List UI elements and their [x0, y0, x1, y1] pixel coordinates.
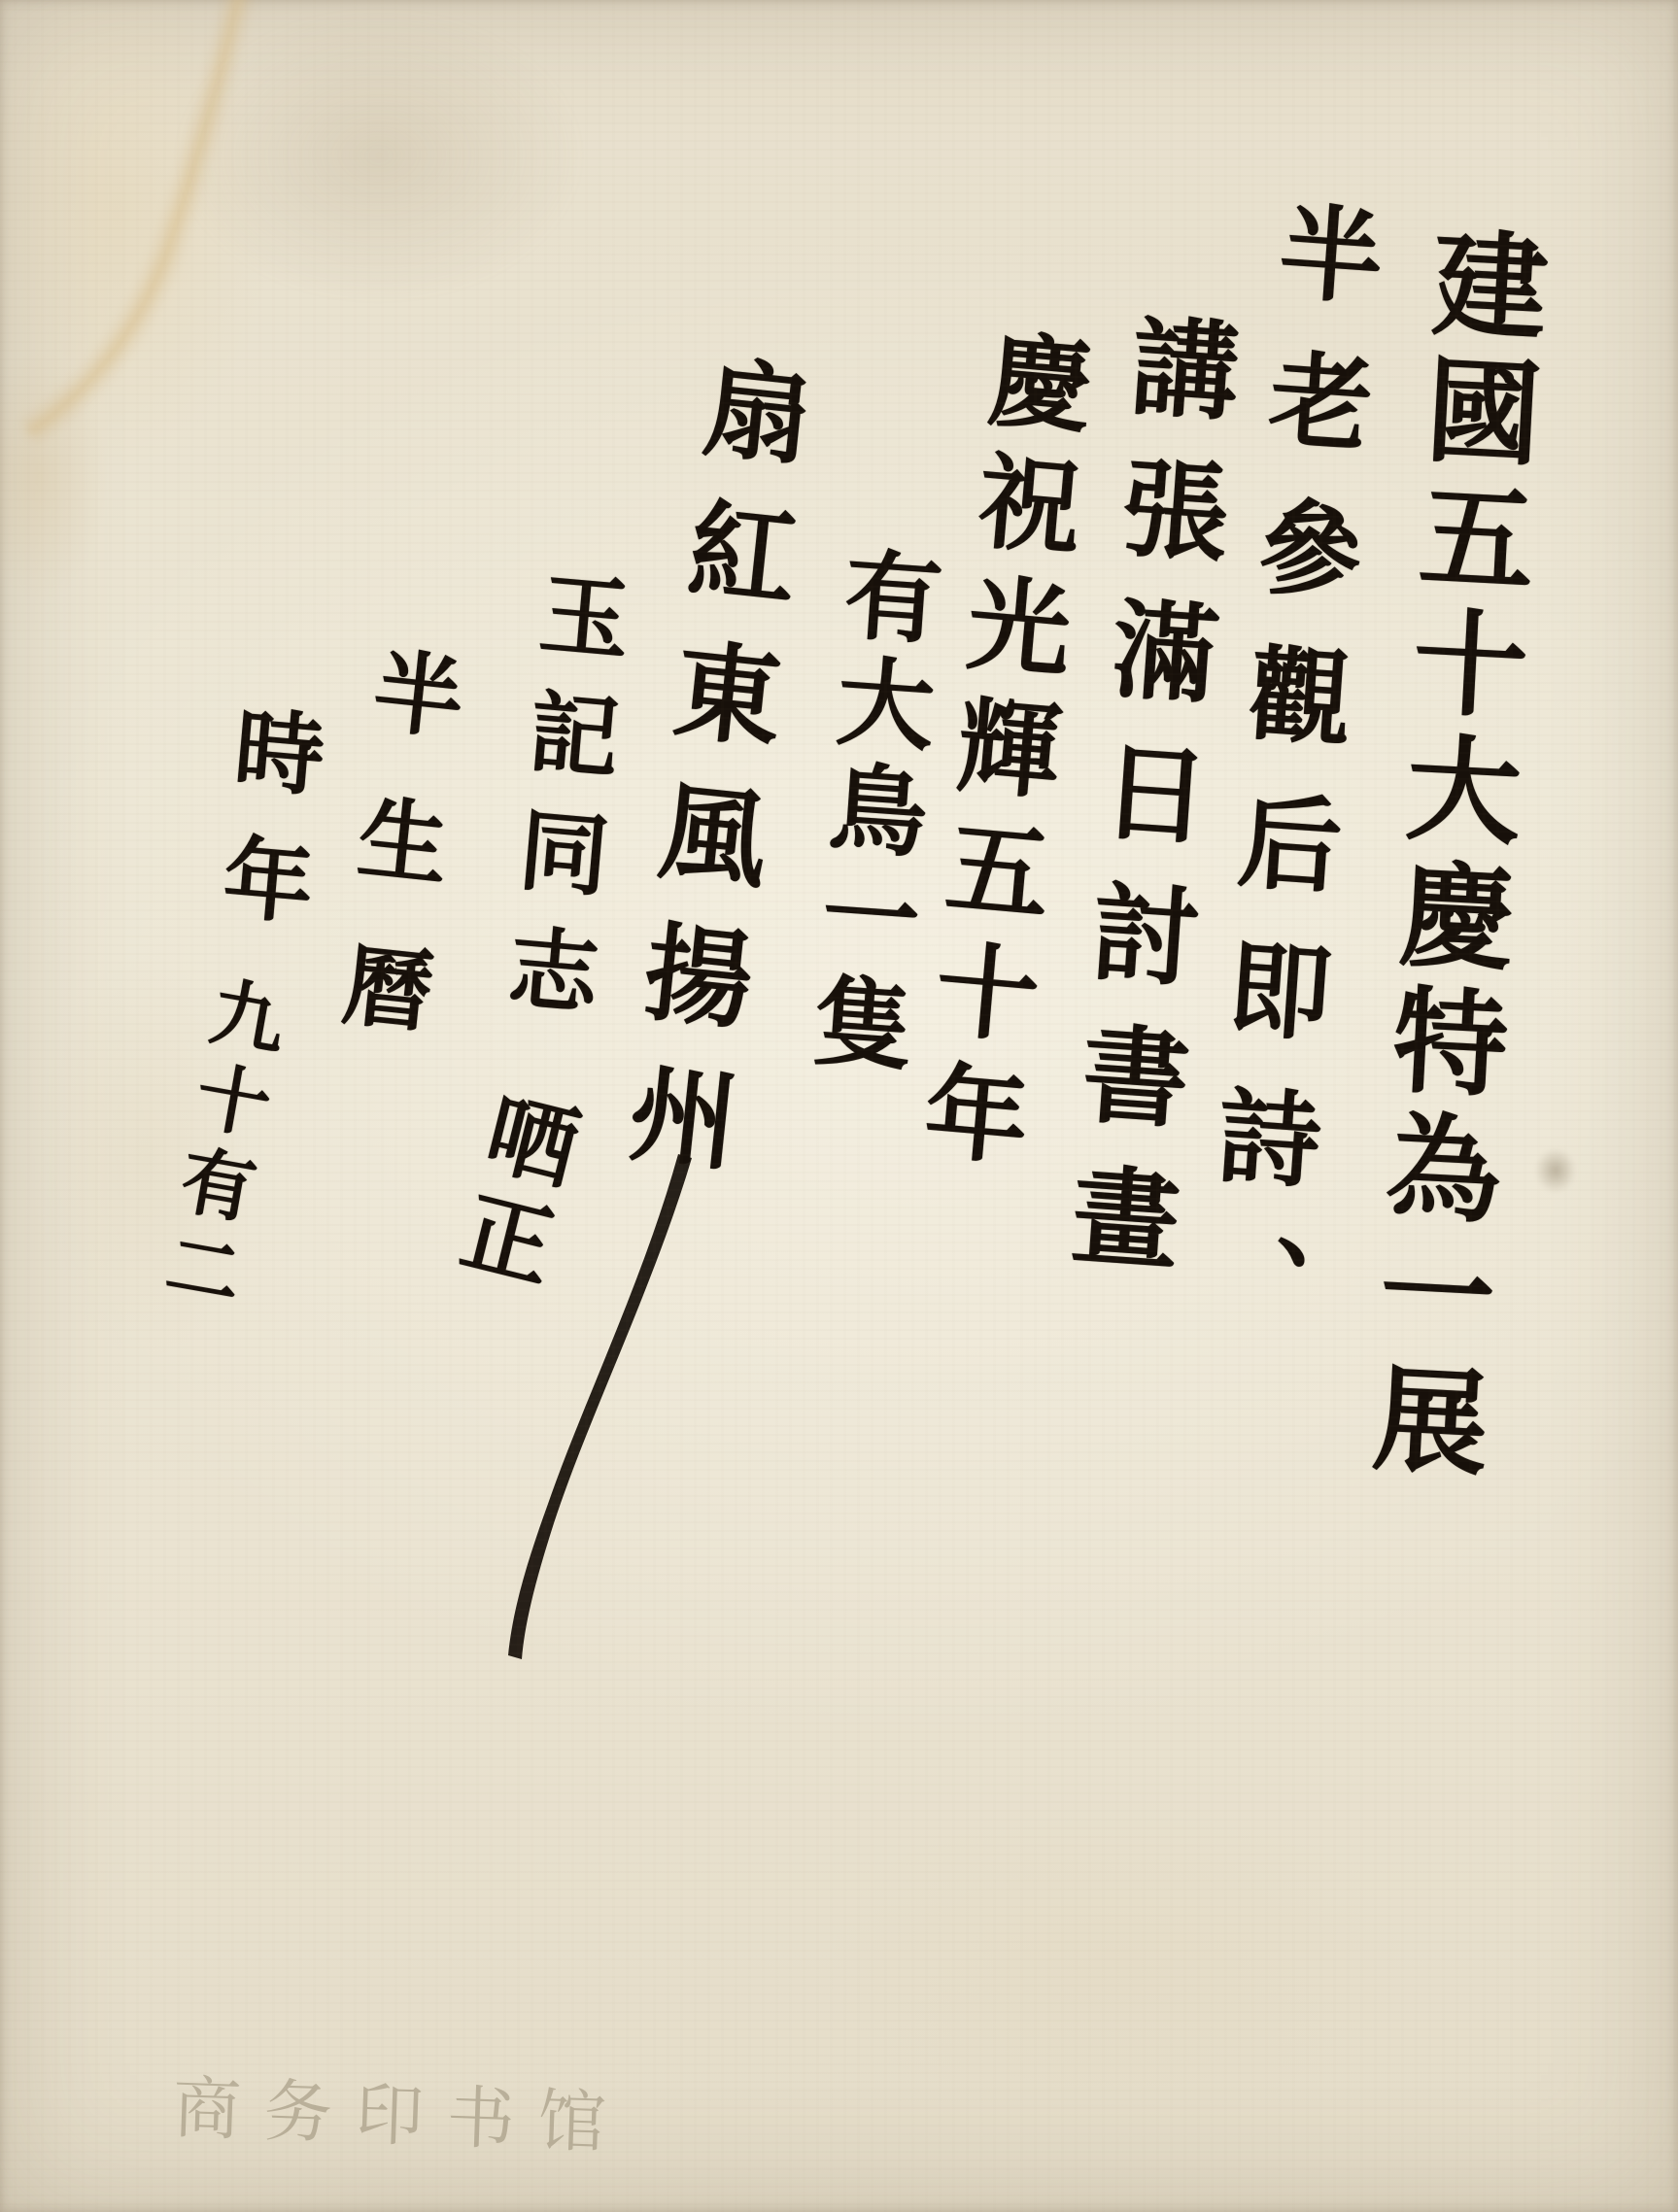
pencil-annotation: 商务印书馆 [171, 2054, 631, 2167]
calligraphy-column-1: 建國五十大慶特為一展 [1360, 222, 1541, 1489]
calligraphy-column-6: 扇紅東風揚州 [613, 350, 808, 1208]
corner-stain-cloud [175, 10, 583, 301]
calligraphy-column-4: 慶祝光輝五十年 [910, 323, 1087, 1186]
dedication-name-column: 玉記同志 [496, 565, 626, 1045]
bottom-stain [826, 1797, 1409, 2127]
manuscript-paper: 建國五十大慶特為一展 半老參觀后即詩、 講張滿日討書畫 慶祝光輝五十年 有大鳥一… [0, 0, 1678, 2212]
signature-date-column-1: 時年 [209, 701, 321, 965]
water-stain-band [29, 0, 240, 432]
left-edge-stain [0, 350, 107, 602]
signature-date-column-2: 九十有二 [153, 970, 285, 1320]
small-smudge [1535, 1148, 1576, 1193]
dedication-request-column: 哂正 [444, 1083, 580, 1301]
water-stain-edge [29, 0, 240, 432]
signature-name-column: 半生曆 [325, 642, 461, 1092]
calligraphy-column-5: 有大鳥一隻 [803, 543, 937, 1083]
corner-stain-tint [0, 0, 272, 466]
